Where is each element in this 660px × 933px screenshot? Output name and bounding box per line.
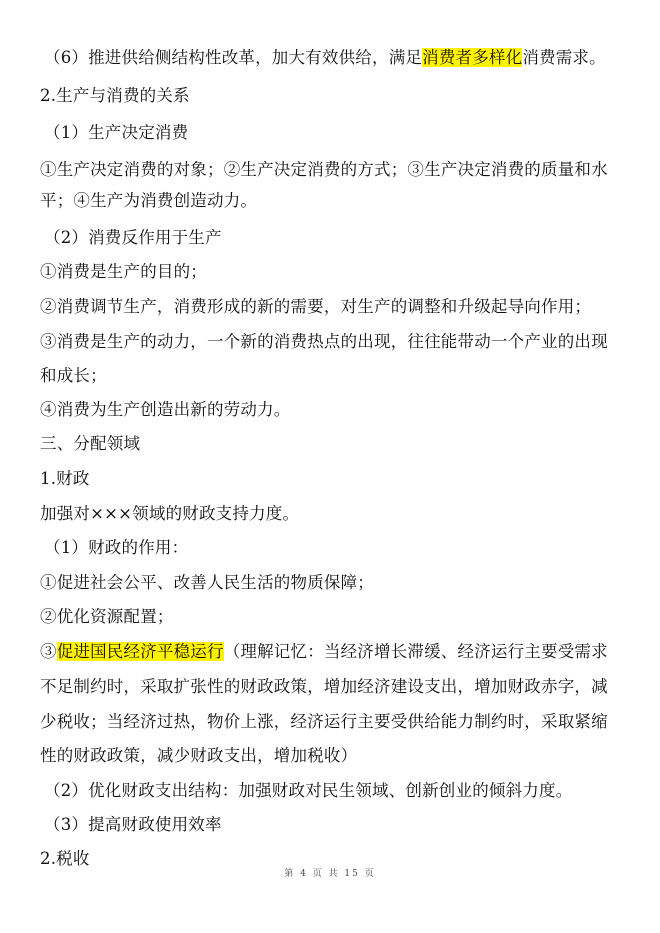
paragraph: 少税收；当经济过热，物价上涨，经济运行主要受供给能力制约时，采取紧缩 xyxy=(40,712,608,732)
paragraph: ②消费调节生产，消费形成的新的需要，对生产的调整和升级起导向作用； xyxy=(40,297,591,317)
heading-distribution: 三、分配领域 xyxy=(40,434,140,454)
heading-production-consumption: 2.生产与消费的关系 xyxy=(40,86,190,106)
paragraph: ④消费为生产创造出新的劳动力。 xyxy=(40,400,291,420)
paragraph: ②优化资源配置； xyxy=(40,607,174,627)
paragraph: 不足制约时，采取扩张性的财政政策，增加经济建设支出，增加财政赤字，减 xyxy=(40,677,608,697)
heading-finance: 1.财政 xyxy=(40,469,90,489)
paragraph-supply-reform: （6）推进供给侧结构性改革，加大有效供给，满足消费者多样化消费需求。 xyxy=(44,48,606,68)
subheading-production-determines: （1）生产决定消费 xyxy=(44,123,188,143)
paragraph: ③消费是生产的动力，一个新的消费热点的出现，往往能带动一个产业的出现 xyxy=(40,332,608,352)
paragraph: ①消费是生产的目的； xyxy=(40,262,207,282)
subheading-consumption-reacts: （2）消费反作用于生产 xyxy=(44,228,222,248)
page-number-footer: 第 4 页 共 15 页 xyxy=(0,866,660,879)
paragraph: 加强对×××领域的财政支持力度。 xyxy=(40,504,299,524)
paragraph: 平；④生产为消费创造动力。 xyxy=(40,191,257,211)
subheading-finance-role: （1）财政的作用： xyxy=(44,538,188,558)
text-segment: （理解记忆：当经济增长滞缓、经济运行主要受需求 xyxy=(224,642,608,661)
paragraph: （2）优化财政支出结构：加强财政对民生领域、创新创业的倾斜力度。 xyxy=(44,781,572,801)
paragraph: （3）提高财政使用效率 xyxy=(44,815,222,835)
text-segment: （6）推进供给侧结构性改革，加大有效供给，满足 xyxy=(44,48,422,67)
paragraph: 性的财政政策，减少财政支出，增加税收） xyxy=(40,746,357,766)
paragraph-stable-economy: ③促进国民经济平稳运行（理解记忆：当经济增长滞缓、经济运行主要受需求 xyxy=(40,642,608,662)
paragraph: 和成长； xyxy=(40,366,107,386)
document-page: （6）推进供给侧结构性改革，加大有效供给，满足消费者多样化消费需求。 2.生产与… xyxy=(0,0,660,933)
text-segment: ③ xyxy=(40,642,57,661)
paragraph: ①生产决定消费的对象；②生产决定消费的方式；③生产决定消费的质量和水 xyxy=(40,160,608,180)
text-segment: 消费需求。 xyxy=(522,48,606,67)
paragraph: ①促进社会公平、改善人民生活的物质保障； xyxy=(40,573,374,593)
highlighted-text: 促进国民经济平稳运行 xyxy=(57,642,224,661)
highlighted-text: 消费者多样化 xyxy=(422,48,522,67)
